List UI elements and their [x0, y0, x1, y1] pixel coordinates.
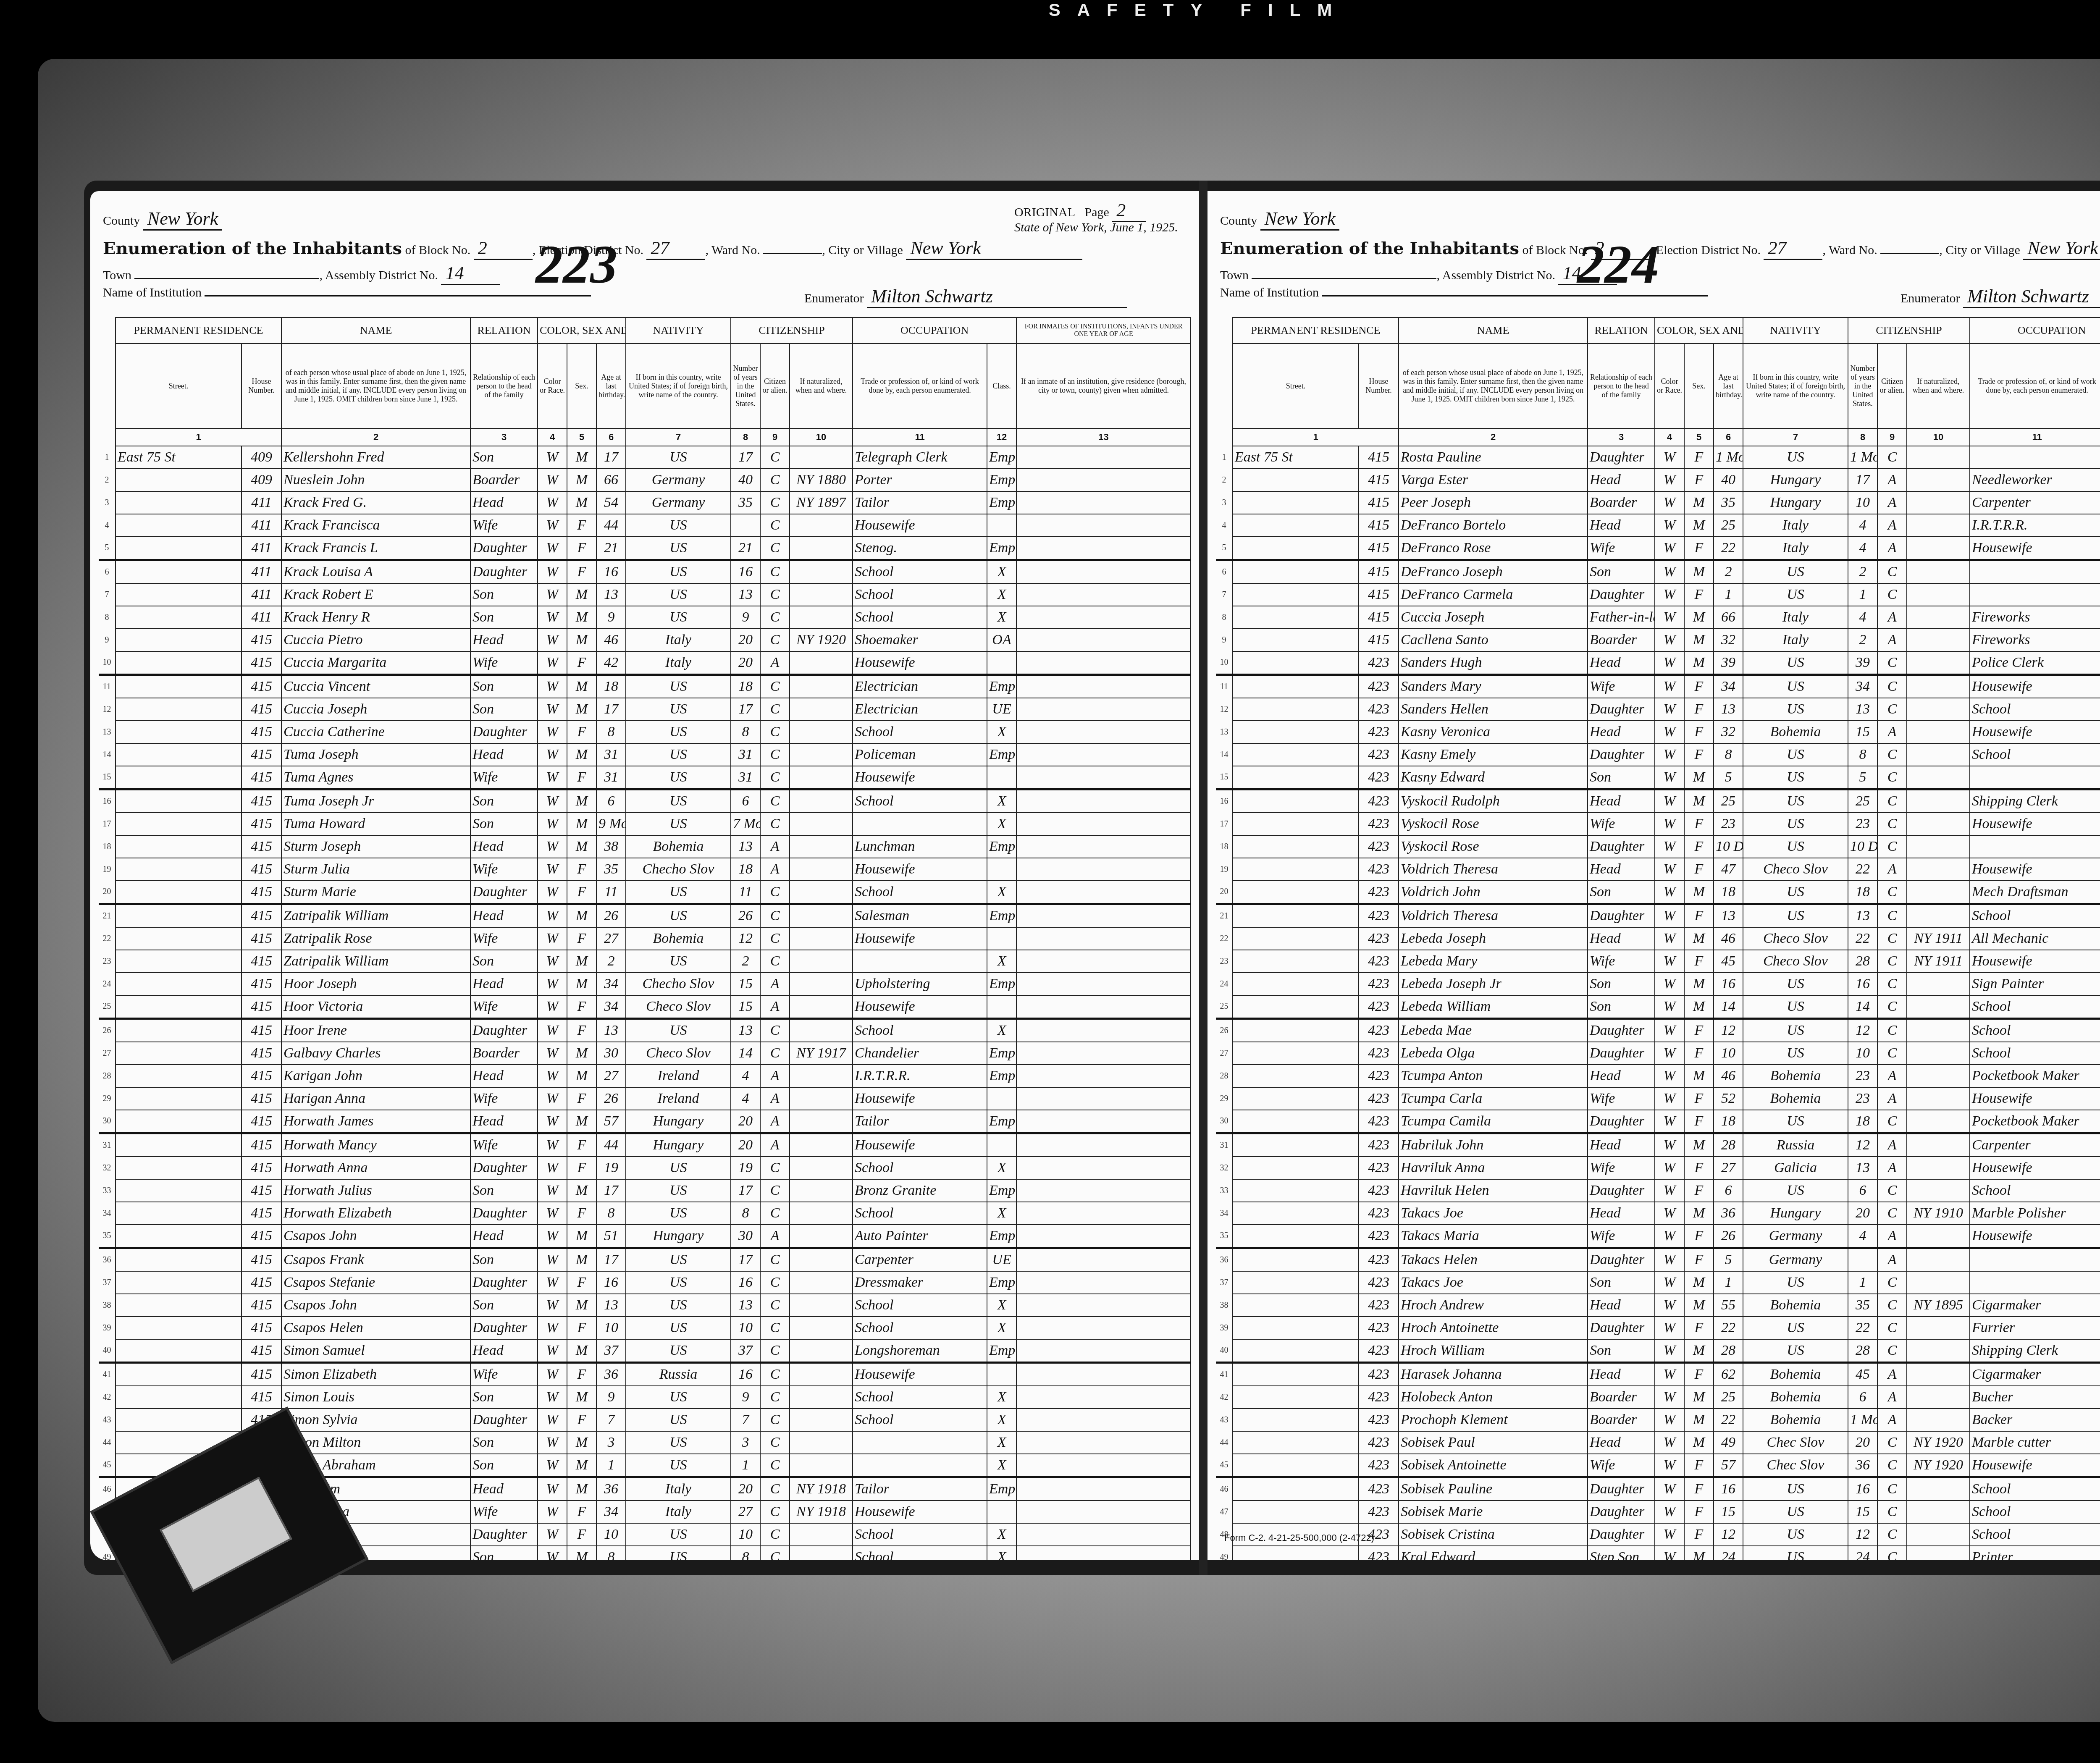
class-cell: [987, 858, 1016, 881]
line-number: 6: [99, 560, 115, 584]
relation-cell: Daughter: [470, 1157, 538, 1179]
color-cell: W: [1655, 1271, 1684, 1294]
color-cell: W: [1655, 1179, 1684, 1202]
sex-cell: M: [1684, 1546, 1714, 1560]
occupation-cell: Housewife: [1970, 675, 2100, 698]
color-cell: W: [538, 950, 567, 973]
relation-cell: Wife: [470, 858, 538, 881]
years-in-us-cell: 19: [731, 1157, 760, 1179]
page-number: 2: [1112, 199, 1146, 222]
sex-cell: F: [1684, 835, 1714, 858]
citizenship-cell: C: [760, 813, 790, 835]
citizenship-cell: C: [760, 881, 790, 904]
class-cell: Emp: [987, 1110, 1016, 1133]
years-in-us-cell: 8: [731, 721, 760, 743]
name-cell: Sobisek Pauline: [1399, 1477, 1588, 1501]
table-row: 9415Cacllena SantoBoarderWM32Italy2AFire…: [1216, 629, 2100, 651]
street-cell: [1233, 1110, 1359, 1133]
line-number: 25: [1216, 995, 1233, 1019]
age-cell: 3: [596, 1431, 626, 1454]
original-label: ORIGINAL: [1014, 205, 1075, 219]
street-cell: [1233, 743, 1359, 766]
sex-cell: M: [567, 1225, 596, 1248]
naturalized-cell: [1907, 583, 1970, 606]
house-number-cell: 415: [241, 1317, 281, 1339]
sex-cell: M: [567, 1248, 596, 1272]
citizenship-cell: A: [1877, 721, 1907, 743]
line-number: 35: [1216, 1225, 1233, 1248]
inmate-cell: [1016, 606, 1191, 629]
sex-cell: M: [567, 1042, 596, 1065]
street-cell: [1233, 1179, 1359, 1202]
years-in-us-cell: 16: [1848, 973, 1877, 995]
occupation-cell: Tailor: [853, 491, 987, 514]
relation-cell: Daughter: [1588, 1248, 1655, 1272]
sex-cell: M: [1684, 514, 1714, 537]
house-number-cell: 415: [241, 995, 281, 1019]
citizenship-cell: C: [1877, 743, 1907, 766]
class-cell: X: [987, 1454, 1016, 1477]
years-in-us-cell: 1: [731, 1454, 760, 1477]
naturalized-cell: [790, 1087, 853, 1110]
relation-cell: Daughter: [470, 1523, 538, 1546]
age-cell: 57: [596, 1110, 626, 1133]
line-number: 34: [99, 1202, 115, 1225]
inmate-cell: [1016, 1294, 1191, 1317]
naturalized-cell: [790, 1133, 853, 1157]
street-cell: [1233, 1087, 1359, 1110]
street-cell: [1233, 835, 1359, 858]
relation-cell: Daughter: [470, 1409, 538, 1431]
citizenship-cell: C: [760, 560, 790, 584]
table-row: 7411Krack Robert ESonWM13US13CSchoolX: [99, 583, 1191, 606]
line-number: 11: [1216, 675, 1233, 698]
census-table: PERMANENT RESIDENCE NAME RELATION COLOR,…: [1216, 317, 2100, 1560]
inmate-cell: [1016, 1019, 1191, 1042]
years-in-us-cell: 12: [1848, 1133, 1877, 1157]
election-district-value: 27: [646, 237, 705, 260]
color-cell: W: [538, 651, 567, 675]
years-in-us-cell: 10: [731, 1317, 760, 1339]
table-row: 2409Nueslein JohnBoarderWM66Germany40CNY…: [99, 469, 1191, 491]
table-row: 10415Cuccia MargaritaWifeWF42Italy20AHou…: [99, 651, 1191, 675]
nativity-cell: US: [1743, 1477, 1848, 1501]
sex-cell: M: [1684, 766, 1714, 790]
line-number: 47: [1216, 1501, 1233, 1523]
years-in-us-cell: 16: [731, 560, 760, 584]
col-number: 4: [1655, 428, 1684, 446]
relation-cell: Son: [1588, 973, 1655, 995]
nativity-cell: US: [1743, 790, 1848, 813]
age-cell: 14: [1714, 995, 1743, 1019]
col-number: 1: [115, 428, 281, 446]
line-number: 32: [1216, 1157, 1233, 1179]
line-number: 5: [1216, 537, 1233, 560]
table-row: 3415Peer JosephBoarderWM35Hungary10ACarp…: [1216, 491, 2100, 514]
age-cell: 18: [1714, 1110, 1743, 1133]
table-row: 11415Cuccia VincentSonWM18US18CElectrici…: [99, 675, 1191, 698]
sex-cell: F: [1684, 1110, 1714, 1133]
relation-cell: Son: [1588, 1271, 1655, 1294]
nativity-cell: US: [1743, 813, 1848, 835]
color-cell: W: [1655, 995, 1684, 1019]
line-number: 4: [1216, 514, 1233, 537]
citizenship-cell: C: [1877, 1179, 1907, 1202]
street-cell: [1233, 858, 1359, 881]
occupation-cell: [1970, 1248, 2100, 1272]
color-cell: W: [538, 790, 567, 813]
name-cell: Zatripalik William: [281, 950, 470, 973]
color-cell: W: [538, 1225, 567, 1248]
color-cell: W: [1655, 583, 1684, 606]
nativity-cell: US: [1743, 675, 1848, 698]
house-number-cell: 415: [241, 1202, 281, 1225]
sex-cell: F: [567, 927, 596, 950]
nativity-cell: US: [1743, 766, 1848, 790]
naturalized-cell: [790, 1225, 853, 1248]
name-cell: Tuma Agnes: [281, 766, 470, 790]
table-row: 29423Tcumpa CarlaWifeWF52Bohemia23AHouse…: [1216, 1087, 2100, 1110]
occupation-cell: [1970, 1271, 2100, 1294]
class-cell: X: [987, 790, 1016, 813]
table-row: 46423Sobisek PaulineDaughterWF16US16CSch…: [1216, 1477, 2100, 1501]
occupation-cell: Carpenter: [853, 1248, 987, 1272]
house-number-cell: 423: [1359, 995, 1399, 1019]
line-number: 15: [99, 766, 115, 790]
line-number: 5: [99, 537, 115, 560]
inmate-cell: [1016, 1133, 1191, 1157]
color-cell: W: [1655, 1454, 1684, 1477]
street-cell: [115, 1110, 241, 1133]
naturalized-cell: [790, 1294, 853, 1317]
color-cell: W: [1655, 1339, 1684, 1363]
name-cell: Horwath Anna: [281, 1157, 470, 1179]
color-cell: W: [1655, 1248, 1684, 1272]
color-cell: W: [538, 1454, 567, 1477]
years-in-us-cell: 18: [1848, 881, 1877, 904]
color-cell: W: [1655, 1065, 1684, 1087]
inmate-cell: [1016, 995, 1191, 1019]
house-number-cell: 415: [241, 927, 281, 950]
occupation-cell: School: [853, 1157, 987, 1179]
citizenship-cell: C: [760, 491, 790, 514]
naturalized-cell: [790, 950, 853, 973]
citizenship-cell: A: [760, 835, 790, 858]
name-cell: Tuma Joseph: [281, 743, 470, 766]
age-cell: 51: [596, 1225, 626, 1248]
col-trade: Trade or profession of, or kind of work …: [1970, 344, 2100, 428]
sex-cell: M: [567, 973, 596, 995]
sex-cell: M: [1684, 1409, 1714, 1431]
sex-cell: F: [1684, 1523, 1714, 1546]
years-in-us-cell: 13: [731, 835, 760, 858]
color-cell: W: [538, 743, 567, 766]
name-cell: Zatripalik Rose: [281, 927, 470, 950]
age-cell: 27: [596, 1065, 626, 1087]
years-in-us-cell: 12: [1848, 1523, 1877, 1546]
relation-cell: Head: [470, 1339, 538, 1363]
class-cell: X: [987, 1386, 1016, 1409]
nativity-cell: US: [626, 721, 731, 743]
street-cell: [1233, 973, 1359, 995]
age-cell: 5: [1714, 766, 1743, 790]
name-cell: Vyskocil Rose: [1399, 813, 1588, 835]
line-number: 38: [1216, 1294, 1233, 1317]
col-number: 10: [1907, 428, 1970, 446]
sex-cell: F: [1684, 675, 1714, 698]
nativity-cell: Italy: [626, 1501, 731, 1523]
name-cell: Csapos John: [281, 1225, 470, 1248]
nativity-cell: Chec Slov: [1743, 1454, 1848, 1477]
col-group-occupation: OCCUPATION: [853, 317, 1016, 344]
street-cell: [1233, 514, 1359, 537]
color-cell: W: [1655, 973, 1684, 995]
house-number-cell: 415: [1359, 446, 1399, 469]
street-cell: [115, 858, 241, 881]
line-number: 23: [99, 950, 115, 973]
occupation-cell: [1970, 583, 2100, 606]
naturalized-cell: [1907, 560, 1970, 584]
sex-cell: M: [1684, 973, 1714, 995]
color-cell: W: [538, 1019, 567, 1042]
inmate-cell: [1016, 813, 1191, 835]
table-row: 6411Krack Louisa ADaughterWF16US16CSchoo…: [99, 560, 1191, 584]
inmate-cell: [1016, 721, 1191, 743]
age-cell: 22: [1714, 1409, 1743, 1431]
naturalized-cell: [790, 835, 853, 858]
col-street: Street.: [115, 344, 241, 428]
name-cell: Galbavy Charles: [281, 1042, 470, 1065]
class-cell: [987, 1133, 1016, 1157]
nativity-cell: US: [626, 1431, 731, 1454]
table-row: 24415Hoor JosephHeadWM34Checho Slov15AUp…: [99, 973, 1191, 995]
occupation-cell: Mech Draftsman: [1970, 881, 2100, 904]
citizenship-cell: C: [760, 1271, 790, 1294]
naturalized-cell: [1907, 858, 1970, 881]
years-in-us-cell: 21: [731, 537, 760, 560]
nativity-cell: Russia: [1743, 1133, 1848, 1157]
relation-cell: Daughter: [1588, 1179, 1655, 1202]
nativity-cell: Bohemia: [1743, 1363, 1848, 1386]
name-cell: Simon Samuel: [281, 1339, 470, 1363]
relation-cell: Daughter: [1588, 1110, 1655, 1133]
street-cell: [1233, 1225, 1359, 1248]
house-number-cell: 423: [1359, 743, 1399, 766]
table-row: 16423Vyskocil RudolphHeadWM25US25CShippi…: [1216, 790, 2100, 813]
house-number-cell: 423: [1359, 1386, 1399, 1409]
naturalized-cell: [1907, 1110, 1970, 1133]
occupation-cell: Housewife: [1970, 950, 2100, 973]
occupation-cell: All Mechanic: [1970, 927, 2100, 950]
occupation-cell: Telegraph Clerk: [853, 446, 987, 469]
town-value: [1252, 278, 1436, 279]
relation-cell: Son: [470, 1454, 538, 1477]
inmate-cell: [1016, 904, 1191, 928]
inmate-cell: [1016, 1546, 1191, 1560]
age-cell: 5: [1714, 1248, 1743, 1272]
age-cell: 34: [596, 973, 626, 995]
house-number-cell: 415: [241, 1248, 281, 1272]
nativity-cell: US: [1743, 1271, 1848, 1294]
col-number: 7: [626, 428, 731, 446]
color-cell: W: [1655, 469, 1684, 491]
col-group-relation: RELATION: [470, 317, 538, 344]
relation-cell: Daughter: [470, 721, 538, 743]
table-row: 37415Csapos StefanieDaughterWF16US16CDre…: [99, 1271, 1191, 1294]
name-cell: Cacllena Santo: [1399, 629, 1588, 651]
enumerator-value: Milton Schwartz: [867, 286, 1127, 308]
street-cell: [115, 606, 241, 629]
street-cell: [115, 1339, 241, 1363]
nativity-cell: US: [1743, 1110, 1848, 1133]
age-cell: 46: [1714, 927, 1743, 950]
years-in-us-cell: 23: [1848, 813, 1877, 835]
line-number: 22: [1216, 927, 1233, 950]
house-number-cell: 415: [1359, 469, 1399, 491]
line-number: 36: [99, 1248, 115, 1272]
line-number: 41: [1216, 1363, 1233, 1386]
occupation-cell: School: [853, 560, 987, 584]
line-number: 28: [1216, 1065, 1233, 1087]
house-number-cell: 409: [241, 446, 281, 469]
color-cell: W: [538, 858, 567, 881]
naturalized-cell: [790, 1409, 853, 1431]
years-in-us-cell: 20: [731, 1110, 760, 1133]
house-number-cell: 423: [1359, 1179, 1399, 1202]
occupation-cell: Shipping Clerk: [1970, 1339, 2100, 1363]
relation-cell: Head: [470, 629, 538, 651]
citizenship-cell: C: [1877, 927, 1907, 950]
inmate-cell: [1016, 491, 1191, 514]
years-in-us-cell: 20: [1848, 1431, 1877, 1454]
street-cell: [1233, 651, 1359, 675]
table-row: 40415Simon SamuelHeadWM37US37CLongshorem…: [99, 1339, 1191, 1363]
sex-cell: F: [1684, 1248, 1714, 1272]
table-row: 42423Holobeck AntonBoarderWM25Bohemia6AB…: [1216, 1386, 2100, 1409]
citizenship-cell: C: [1877, 813, 1907, 835]
col-number: 5: [567, 428, 596, 446]
citizenship-cell: C: [760, 1339, 790, 1363]
naturalized-cell: [1907, 469, 1970, 491]
house-number-cell: 423: [1359, 973, 1399, 995]
sex-cell: M: [567, 813, 596, 835]
street-cell: [115, 1271, 241, 1294]
citizenship-cell: A: [760, 973, 790, 995]
age-cell: 44: [596, 1133, 626, 1157]
line-number: 17: [1216, 813, 1233, 835]
line-number: 19: [99, 858, 115, 881]
naturalized-cell: NY 1880: [790, 469, 853, 491]
class-cell: Emp: [987, 491, 1016, 514]
color-cell: W: [538, 1546, 567, 1560]
line-number: 13: [99, 721, 115, 743]
citizenship-cell: A: [1877, 514, 1907, 537]
sex-cell: M: [1684, 629, 1714, 651]
name-cell: Krack Fred G.: [281, 491, 470, 514]
color-cell: W: [1655, 1133, 1684, 1157]
name-cell: Kral Edward: [1399, 1546, 1588, 1560]
house-number-cell: 415: [241, 1339, 281, 1363]
citizenship-cell: C: [1877, 790, 1907, 813]
line-number: 44: [1216, 1431, 1233, 1454]
house-number-cell: 423: [1359, 1294, 1399, 1317]
name-cell: Karigan John: [281, 1065, 470, 1087]
sex-cell: F: [567, 537, 596, 560]
street-cell: [1233, 1019, 1359, 1042]
line-number: 14: [1216, 743, 1233, 766]
house-number-cell: 415: [241, 1087, 281, 1110]
line-number: 37: [99, 1271, 115, 1294]
inmate-cell: [1016, 1157, 1191, 1179]
occupation-cell: Tailor: [853, 1110, 987, 1133]
naturalized-cell: [1907, 1523, 1970, 1546]
naturalized-cell: [1907, 651, 1970, 675]
col-color: Color or Race.: [1655, 344, 1684, 428]
house-number-cell: 415: [241, 743, 281, 766]
sex-cell: M: [567, 1339, 596, 1363]
col-number: 10: [790, 428, 853, 446]
film-edge-text: SAFETY FILM: [0, 0, 2100, 25]
nativity-cell: US: [626, 1339, 731, 1363]
relation-cell: Wife: [470, 927, 538, 950]
age-cell: 52: [1714, 1087, 1743, 1110]
citizenship-cell: A: [1877, 1363, 1907, 1386]
class-cell: Emp: [987, 1065, 1016, 1087]
citizenship-cell: C: [760, 537, 790, 560]
color-cell: W: [1655, 1477, 1684, 1501]
sex-cell: F: [567, 858, 596, 881]
class-cell: UE: [987, 1248, 1016, 1272]
line-number: 6: [1216, 560, 1233, 584]
naturalized-cell: [1907, 1477, 1970, 1501]
name-cell: Sanders Mary: [1399, 675, 1588, 698]
sex-cell: F: [1684, 469, 1714, 491]
class-cell: [987, 927, 1016, 950]
citizenship-cell: C: [1877, 1431, 1907, 1454]
street-cell: [115, 743, 241, 766]
color-cell: W: [1655, 629, 1684, 651]
color-cell: W: [538, 698, 567, 721]
age-cell: 7: [596, 1409, 626, 1431]
naturalized-cell: [790, 927, 853, 950]
nativity-cell: Italy: [626, 629, 731, 651]
inmate-cell: [1016, 1431, 1191, 1454]
line-number: 8: [1216, 606, 1233, 629]
street-cell: [1233, 1294, 1359, 1317]
col-number: 7: [1743, 428, 1848, 446]
table-row: 31415Horwath MancyWifeWF44Hungary20AHous…: [99, 1133, 1191, 1157]
nativity-cell: US: [1743, 995, 1848, 1019]
years-in-us-cell: 3: [731, 1431, 760, 1454]
occupation-cell: Needleworker: [1970, 469, 2100, 491]
nativity-cell: Italy: [1743, 514, 1848, 537]
line-number: 23: [1216, 950, 1233, 973]
age-cell: 42: [596, 651, 626, 675]
citizenship-cell: C: [1877, 1501, 1907, 1523]
house-number-cell: 415: [241, 1386, 281, 1409]
sex-cell: F: [1684, 950, 1714, 973]
relation-cell: Wife: [470, 995, 538, 1019]
county-value: New York: [143, 208, 222, 231]
naturalized-cell: [790, 1523, 853, 1546]
relation-cell: Wife: [470, 514, 538, 537]
citizenship-cell: A: [760, 1065, 790, 1087]
age-cell: 36: [596, 1363, 626, 1386]
occupation-cell: School: [853, 1546, 987, 1560]
nativity-cell: US: [1743, 1317, 1848, 1339]
age-cell: 26: [596, 1087, 626, 1110]
relation-cell: Daughter: [1588, 835, 1655, 858]
